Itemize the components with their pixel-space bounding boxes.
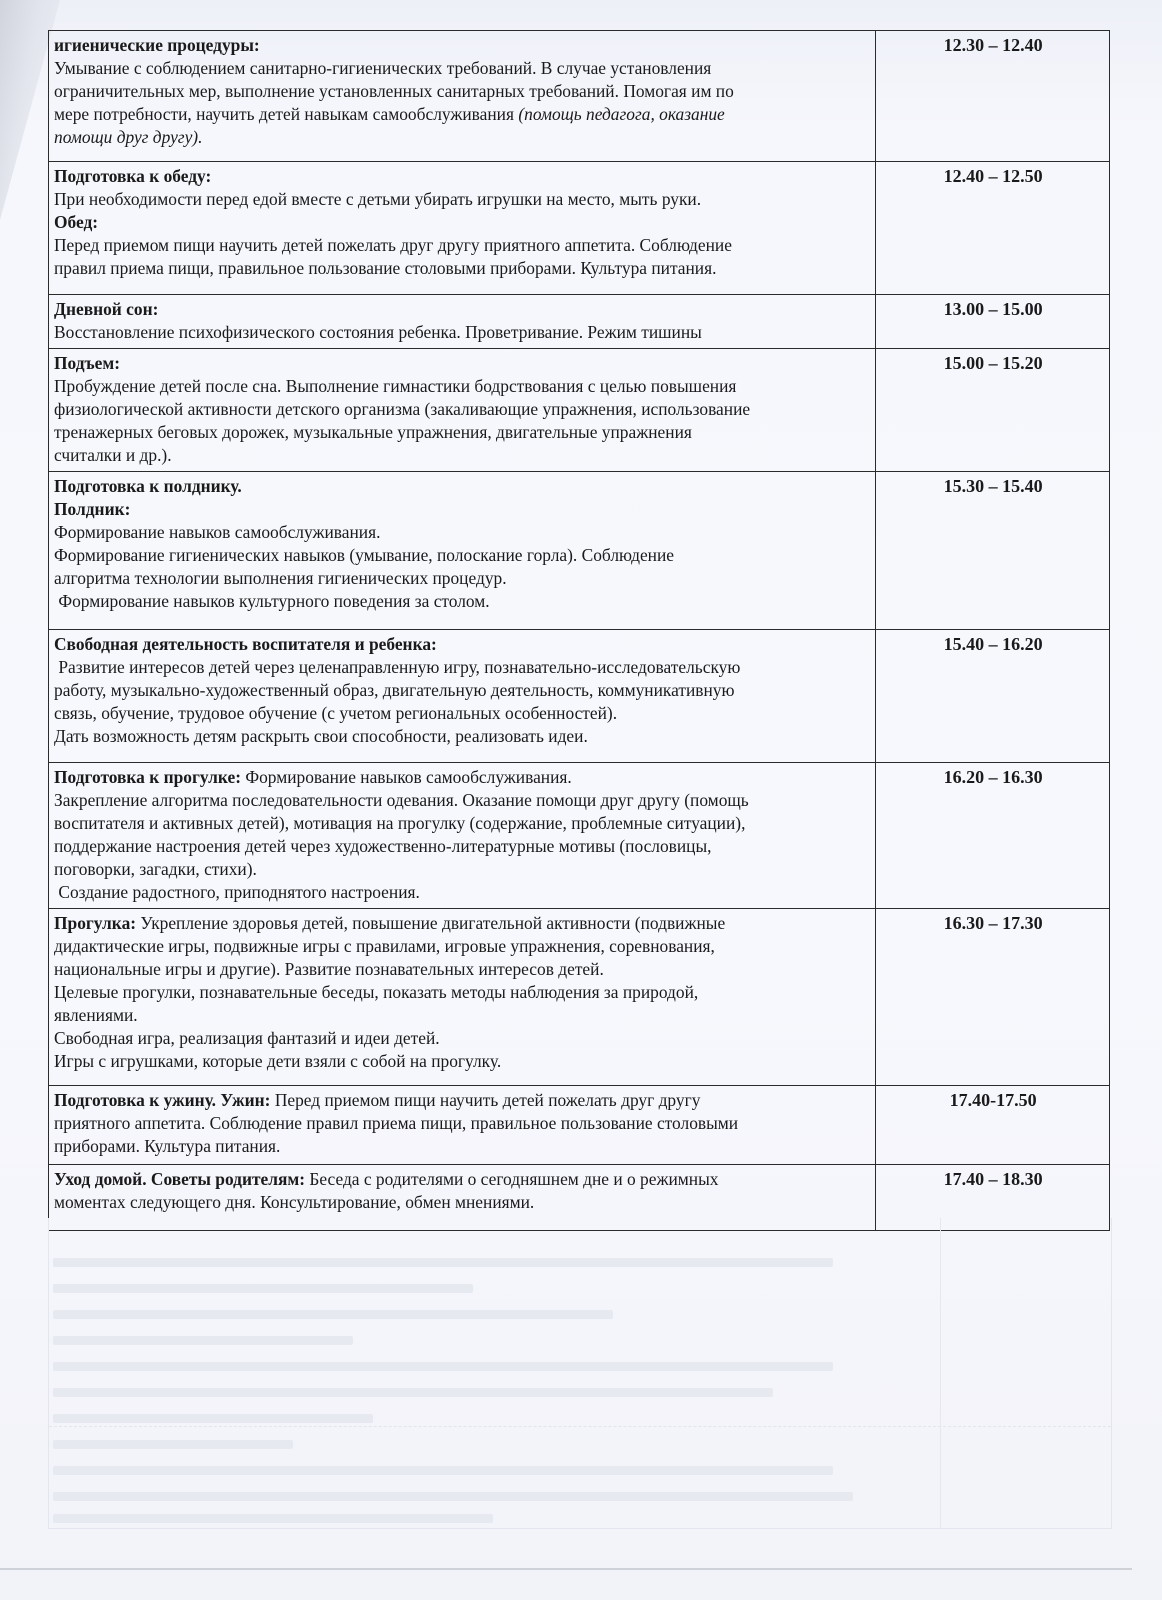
- activity-text: тренажерных беговых дорожек, музыкальные…: [54, 421, 871, 444]
- activity-text: Целевые прогулки, познавательные беседы,…: [54, 981, 871, 1004]
- ghost-text-line: [53, 1440, 293, 1449]
- activity-text: Формирование навыков культурного поведен…: [54, 590, 871, 613]
- ghost-row-divider: [49, 1426, 1111, 1427]
- time-cell: 16.30 – 17.30: [876, 909, 1110, 1086]
- activity-text: связь, обучение, трудовое обучение (с уч…: [54, 702, 871, 725]
- activity-title: Подготовка к ужину. Ужин:: [54, 1090, 270, 1110]
- ghost-text-line: [53, 1388, 773, 1397]
- activity-cell: Прогулка: Укрепление здоровья детей, пов…: [49, 909, 876, 1086]
- activity-text: Перед приемом пищи научить детей пожелат…: [54, 234, 871, 257]
- time-cell: 15.30 – 15.40: [876, 472, 1110, 630]
- activity-title: Подготовка к обеду:: [54, 165, 871, 188]
- activity-text: Дать возможность детям раскрыть свои спо…: [54, 725, 871, 748]
- time-cell: 15.00 – 15.20: [876, 349, 1110, 472]
- activity-text: работу, музыкально-художественный образ,…: [54, 679, 871, 702]
- activity-cell: Дневной сон: Восстановление психофизичес…: [49, 295, 876, 349]
- activity-text: физиологической активности детского орга…: [54, 398, 871, 421]
- activity-cell: Подготовка к полднику. Полдник: Формиров…: [49, 472, 876, 630]
- activity-text: Игры с игрушками, которые дети взяли с с…: [54, 1050, 871, 1073]
- activity-title: Дневной сон:: [54, 298, 871, 321]
- time-cell: 12.30 – 12.40: [876, 31, 1110, 162]
- activity-title: Подъем:: [54, 352, 871, 375]
- schedule-table: игиенические процедуры: Умывание с соблю…: [48, 30, 1110, 1231]
- bleed-through-area: [48, 1218, 1112, 1529]
- activity-cell: Подготовка к обеду: При необходимости пе…: [49, 162, 876, 295]
- scanned-page: игиенические процедуры: Умывание с соблю…: [0, 0, 1162, 1600]
- time-cell: 16.20 – 16.30: [876, 763, 1110, 909]
- activity-text: Формирование гигиенических навыков (умыв…: [54, 544, 871, 567]
- time-cell: 13.00 – 15.00: [876, 295, 1110, 349]
- activity-text: воспитателя и активных детей), мотивация…: [54, 812, 871, 835]
- activity-text: поддержание настроения детей через худож…: [54, 835, 871, 858]
- activity-note-cont: помощи друг другу).: [54, 126, 871, 149]
- activity-text: приятного аппетита. Соблюдение правил пр…: [54, 1112, 871, 1135]
- activity-text: Формирование навыков самообслуживания.: [54, 521, 871, 544]
- activity-text: Создание радостного, приподнятого настро…: [54, 881, 871, 904]
- activity-subtitle: Полдник:: [54, 498, 871, 521]
- activity-text: Умывание с соблюдением санитарно-гигиени…: [54, 57, 871, 80]
- activity-text: Закрепление алгоритма последовательности…: [54, 789, 871, 812]
- ghost-text-line: [53, 1414, 373, 1423]
- activity-text: правил приема пищи, правильное пользован…: [54, 257, 871, 280]
- activity-text: дидактические игры, подвижные игры с пра…: [54, 935, 871, 958]
- scan-edge-line: [0, 1568, 1132, 1570]
- ghost-text-line: [53, 1514, 493, 1523]
- activity-title: Прогулка:: [54, 913, 136, 933]
- table-row: Свободная деятельность воспитателя и реб…: [49, 630, 1110, 763]
- ghost-text-line: [53, 1466, 833, 1475]
- ghost-column-divider: [940, 1218, 941, 1528]
- activity-cell: Подъем: Пробуждение детей после сна. Вып…: [49, 349, 876, 472]
- activity-note: (помощь педагога, оказание: [518, 104, 724, 124]
- activity-text: ограничительных мер, выполнение установл…: [54, 80, 871, 103]
- activity-title: Подготовка к полднику.: [54, 475, 871, 498]
- activity-cell: Подготовка к прогулке: Формирование навы…: [49, 763, 876, 909]
- activity-text: явлениями.: [54, 1004, 871, 1027]
- ghost-text-line: [53, 1492, 853, 1501]
- activity-text: алгоритма технологии выполнения гигиенич…: [54, 567, 871, 590]
- activity-title: игиенические процедуры:: [54, 34, 871, 57]
- activity-text: Свободная игра, реализация фантазий и ид…: [54, 1027, 871, 1050]
- table-row: игиенические процедуры: Умывание с соблю…: [49, 31, 1110, 162]
- activity-text: Развитие интересов детей через целенапра…: [54, 656, 871, 679]
- activity-text: При необходимости перед едой вместе с де…: [54, 188, 871, 211]
- ghost-text-line: [53, 1310, 613, 1319]
- activity-text: Пробуждение детей после сна. Выполнение …: [54, 375, 871, 398]
- table-row: Прогулка: Укрепление здоровья детей, пов…: [49, 909, 1110, 1086]
- activity-cell: Свободная деятельность воспитателя и реб…: [49, 630, 876, 763]
- table-row: Подъем: Пробуждение детей после сна. Вып…: [49, 349, 1110, 472]
- activity-cell: Подготовка к ужину. Ужин: Перед приемом …: [49, 1086, 876, 1165]
- table-row: Подготовка к обеду: При необходимости пе…: [49, 162, 1110, 295]
- activity-text: мере потребности, научить детей навыкам …: [54, 104, 514, 124]
- ghost-text-line: [53, 1362, 833, 1371]
- ghost-text-line: [53, 1258, 833, 1267]
- activity-title: Подготовка к прогулке:: [54, 767, 241, 787]
- activity-text: национальные игры и другие). Развитие по…: [54, 958, 871, 981]
- time-cell: 15.40 – 16.20: [876, 630, 1110, 763]
- ghost-text-line: [53, 1284, 473, 1293]
- activity-title: Свободная деятельность воспитателя и реб…: [54, 633, 871, 656]
- activity-text: считалки и др.).: [54, 444, 871, 467]
- ghost-text-line: [53, 1336, 353, 1345]
- activity-cell: игиенические процедуры: Умывание с соблю…: [49, 31, 876, 162]
- table-row: Подготовка к полднику. Полдник: Формиров…: [49, 472, 1110, 630]
- activity-text: Формирование навыков самообслуживания.: [241, 767, 572, 787]
- table-row: Дневной сон: Восстановление психофизичес…: [49, 295, 1110, 349]
- time-cell: 17.40-17.50: [876, 1086, 1110, 1165]
- time-cell: 12.40 – 12.50: [876, 162, 1110, 295]
- table-row: Подготовка к ужину. Ужин: Перед приемом …: [49, 1086, 1110, 1165]
- activity-text: приборами. Культура питания.: [54, 1135, 871, 1158]
- activity-text: Беседа с родителями о сегодняшнем дне и …: [305, 1169, 718, 1189]
- table-row: Подготовка к прогулке: Формирование навы…: [49, 763, 1110, 909]
- activity-text: поговорки, загадки, стихи).: [54, 858, 871, 881]
- activity-subtitle: Обед:: [54, 211, 871, 234]
- activity-title: Уход домой. Советы родителям:: [54, 1169, 305, 1189]
- activity-text: Перед приемом пищи научить детей пожелат…: [270, 1090, 700, 1110]
- activity-text: Укрепление здоровья детей, повышение дви…: [136, 913, 725, 933]
- activity-text: моментах следующего дня. Консультировани…: [54, 1191, 871, 1214]
- activity-text: Восстановление психофизического состояни…: [54, 321, 871, 344]
